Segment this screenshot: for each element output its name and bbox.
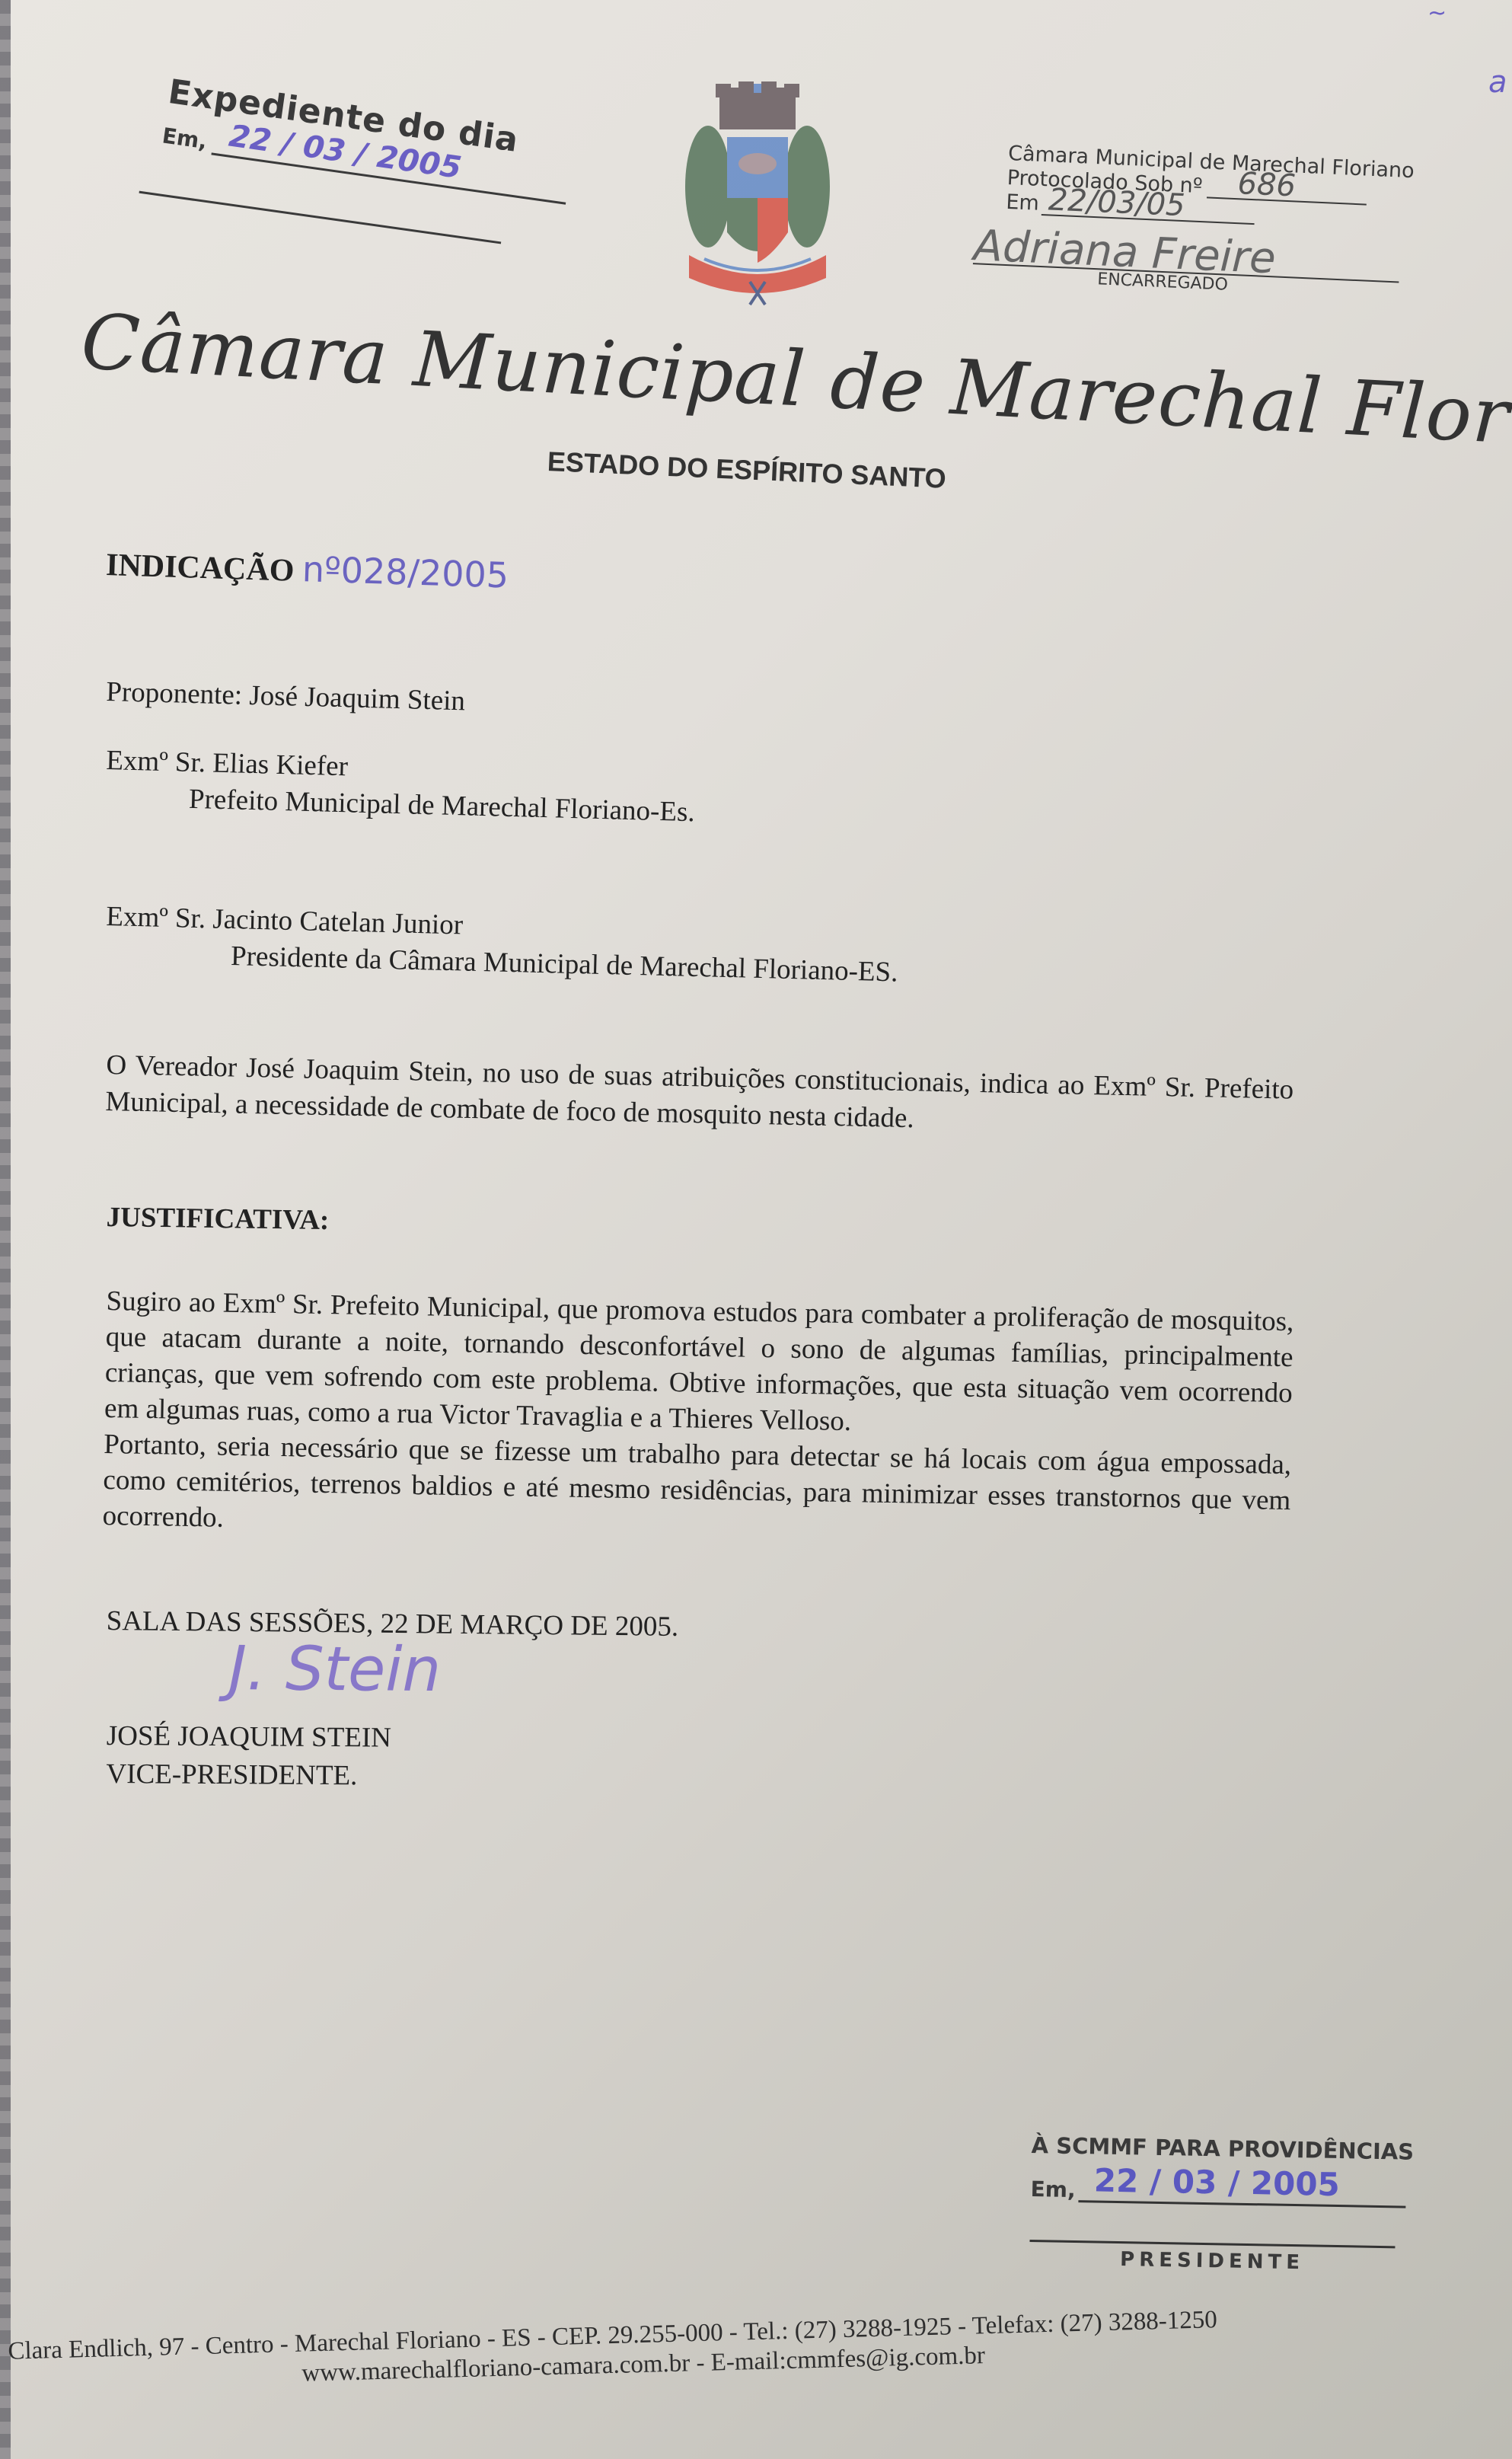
dispatch-role-label: PRESIDENTE xyxy=(1029,2247,1395,2275)
expediente-stamp: Expediente do dia Em, 22 / 03 / 2005 xyxy=(154,72,576,252)
letterhead-footer: Clara Endlich, 97 - Centro - Marechal Fl… xyxy=(0,2298,1512,2396)
signer-name: JOSÉ JOAQUIM STEIN xyxy=(107,1717,391,1758)
letterhead-title: Câmara Municipal de Marechal Floriano xyxy=(79,297,1512,470)
protocol-date-value: 22/03/05 xyxy=(1048,182,1185,223)
corner-pen-mark: ~ xyxy=(1427,0,1447,27)
signer-role: VICE-PRESIDENTE. xyxy=(106,1755,391,1796)
justification-heading: JUSTIFICATIVA: xyxy=(106,1199,329,1239)
protocol-signature: Adriana Freire xyxy=(973,221,1278,283)
indicacao-handwritten-number: nº028/2005 xyxy=(301,548,509,596)
dispatch-stamp: À SCMMF PARA PROVIDÊNCIAS Em, 22 / 03 / … xyxy=(1029,2132,1415,2276)
coat-of-arms-emblem xyxy=(681,80,834,308)
spiral-binding-edge xyxy=(0,0,11,2459)
protocol-date-label: Em xyxy=(1006,190,1040,216)
dispatch-date-label: Em, xyxy=(1030,2176,1076,2202)
proponente-line: Proponente: José Joaquim Stein xyxy=(106,674,466,720)
recipient-block: Exmº Sr. Elias Kiefer Prefeito Municipal… xyxy=(104,742,696,831)
justification-paragraph: Sugiro ao Exmº Sr. Prefeito Municipal, q… xyxy=(104,1283,1294,1447)
indicacao-heading: INDICAÇÃO nº028/2005 xyxy=(105,544,509,596)
dispatch-date-line: 22 / 03 / 2005 xyxy=(1078,2167,1406,2208)
indicacao-label: INDICAÇÃO xyxy=(105,548,295,589)
dispatch-handwritten-date: 22 / 03 / 2005 xyxy=(1093,2161,1340,2203)
protocol-stamp: Câmara Municipal de Marechal Floriano Pr… xyxy=(1003,141,1415,302)
dispatch-stamp-title: À SCMMF PARA PROVIDÊNCIAS xyxy=(1031,2132,1414,2165)
intro-paragraph: O Vereador José Joaquim Stein, no uso de… xyxy=(105,1047,1294,1145)
justification-paragraph: Portanto, seria necessário que se fizess… xyxy=(102,1426,1291,1554)
expediente-signature-line xyxy=(139,191,502,244)
recipient-block: Exmº Sr. Jacinto Catelan Junior Presiden… xyxy=(105,899,899,991)
protocol-number-value: 686 xyxy=(1237,166,1297,203)
signer-block: J. Stein JOSÉ JOAQUIM STEIN VICE-PRESIDE… xyxy=(106,1717,391,1796)
letterhead-subtitle: ESTADO DO ESPÍRITO SANTO xyxy=(547,445,946,495)
expediente-date-label: Em, xyxy=(161,123,209,154)
margin-pen-mark: a xyxy=(1488,65,1507,100)
justification-body: Sugiro ao Exmº Sr. Prefeito Municipal, q… xyxy=(102,1283,1294,1554)
signer-signature: J. Stein xyxy=(228,1649,441,1689)
